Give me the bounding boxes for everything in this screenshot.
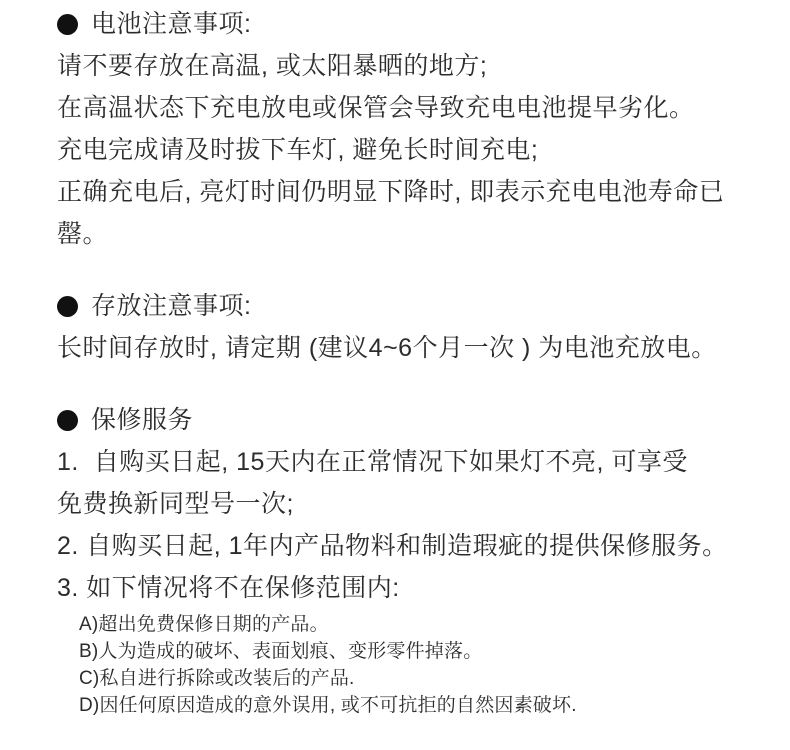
warranty-item-3: 3. 如下情况将不在保修范围内: [57, 567, 754, 609]
text-line: 长时间存放时, 请定期 (建议4~6个月一次 ) 为电池充放电。 [57, 327, 754, 369]
section-warranty-service: 保修服务 1. 自购买日起, 15天内在正常情况下如果灯不亮, 可享受 免费换新… [57, 399, 754, 719]
exclusion-item-d: D)因任何原因造成的意外误用, 或不可抗拒的自然因素破坏. [79, 692, 754, 719]
section-storage-notes: 存放注意事项: 长时间存放时, 请定期 (建议4~6个月一次 ) 为电池充放电。 [57, 285, 754, 369]
bullet-icon [57, 410, 78, 431]
section-title-text: 电池注意事项: [91, 3, 251, 45]
text-line: 请不要存放在高温, 或太阳暴晒的地方; [57, 45, 754, 87]
warranty-item-1-continued: 免费换新同型号一次; [57, 483, 754, 525]
section-heading-storage: 存放注意事项: [57, 285, 754, 327]
section-title-text: 存放注意事项: [91, 285, 251, 327]
section-heading-battery: 电池注意事项: [57, 3, 754, 45]
section-title-text: 保修服务 [91, 399, 193, 441]
section-battery-notes: 电池注意事项: 请不要存放在高温, 或太阳暴晒的地方; 在高温状态下充电放电或保… [57, 3, 754, 255]
document-body: 电池注意事项: 请不要存放在高温, 或太阳暴晒的地方; 在高温状态下充电放电或保… [0, 0, 790, 719]
exclusion-item-c: C)私自进行拆除或改装后的产品. [79, 665, 754, 692]
warranty-item-2: 2. 自购买日起, 1年内产品物料和制造瑕疵的提供保修服务。 [57, 525, 754, 567]
text-line: 充电完成请及时拔下车灯, 避免长时间充电; [57, 129, 754, 171]
exclusion-item-a: A)超出免费保修日期的产品。 [79, 611, 754, 638]
section-heading-warranty: 保修服务 [57, 399, 754, 441]
text-line: 正确充电后, 亮灯时间仍明显下降时, 即表示充电电池寿命已罄。 [57, 171, 754, 255]
bullet-icon [57, 296, 78, 317]
bullet-icon [57, 14, 78, 35]
warranty-exclusions-list: A)超出免费保修日期的产品。 B)人为造成的破坏、表面划痕、变形零件掉落。 C)… [57, 611, 754, 719]
exclusion-item-b: B)人为造成的破坏、表面划痕、变形零件掉落。 [79, 638, 754, 665]
text-line: 在高温状态下充电放电或保管会导致充电电池提早劣化。 [57, 87, 754, 129]
warranty-item-1: 1. 自购买日起, 15天内在正常情况下如果灯不亮, 可享受 [57, 441, 754, 483]
